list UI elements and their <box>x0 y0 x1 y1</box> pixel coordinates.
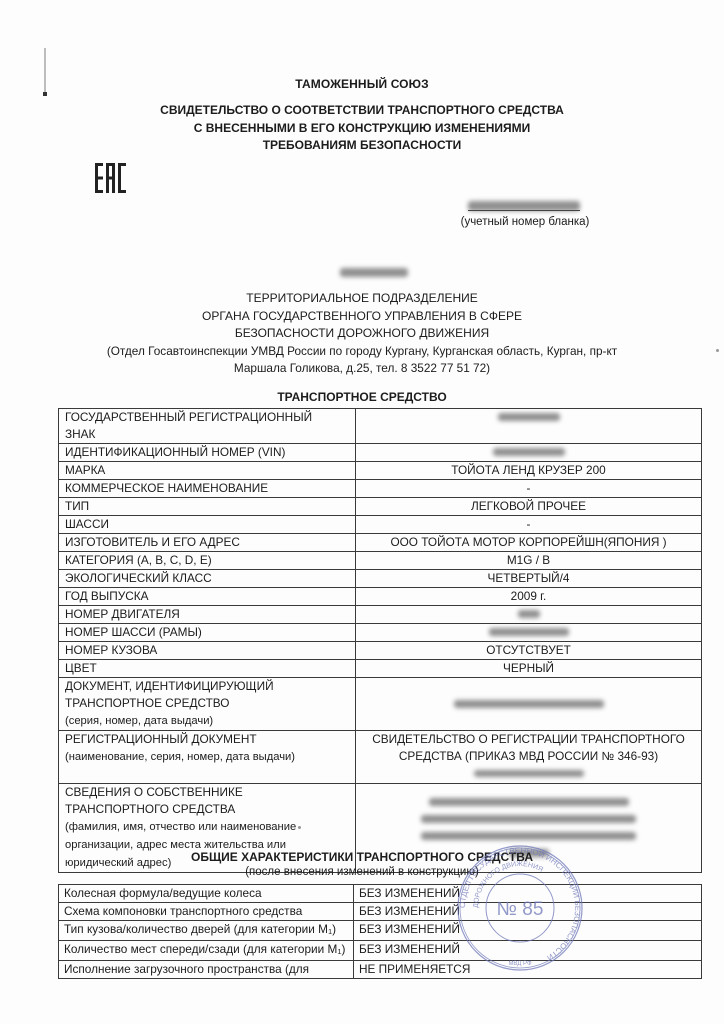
vehicle-row-identity-document: ДОКУМЕНТ, ИДЕНТИФИЦИРУЮЩИЙТРАНСПОРТНОЕ С… <box>59 678 702 731</box>
vehicle-field-label: РЕГИСТРАЦИОННЫЙ ДОКУМЕНТ(наименование, с… <box>59 731 356 784</box>
characteristic-value: БЕЗ ИЗМЕНЕНИЙ <box>354 903 702 921</box>
vehicle-field-value: 2009 г. <box>356 588 702 606</box>
vehicle-field-value <box>356 444 702 462</box>
vehicle-field-label: КОММЕРЧЕСКОЕ НАИМЕНОВАНИЕ <box>59 480 356 498</box>
vehicle-field-value <box>356 606 702 624</box>
vehicle-field-label: НОМЕР ШАССИ (РАМЫ) <box>59 624 356 642</box>
vehicle-field-label: КАТЕГОРИЯ (A, B, C, D, E) <box>59 552 356 570</box>
vehicle-row: НОМЕР ДВИГАТЕЛЯ <box>59 606 702 624</box>
vehicle-field-value: СВИДЕТЕЛЬСТВО О РЕГИСТРАЦИИ ТРАНСПОРТНОГ… <box>356 731 702 784</box>
vehicle-field-value <box>356 678 702 731</box>
redacted-value <box>498 413 560 421</box>
serial-number-redacted <box>340 264 408 273</box>
vehicle-field-value <box>356 624 702 642</box>
eac-logo-icon <box>95 163 127 193</box>
union-heading: ТАМОЖЕННЫЙ СОЮЗ <box>0 77 724 91</box>
vehicle-section-title: ТРАНСПОРТНОЕ СРЕДСТВО <box>0 390 724 404</box>
vehicle-field-value: ООО ТОЙОТА МОТОР КОРПОРЕЙШН(ЯПОНИЯ ) <box>356 534 702 552</box>
vehicle-field-label: ГОД ВЫПУСКА <box>59 588 356 606</box>
vehicle-field-label: ГОСУДАРСТВЕННЫЙ РЕГИСТРАЦИОННЫЙЗНАК <box>59 409 356 444</box>
characteristic-value: НЕ ПРИМЕНЯЕТСЯ <box>354 961 702 979</box>
vehicle-field-label: ШАССИ <box>59 516 356 534</box>
characteristics-row: Колесная формула/ведущие колесаБЕЗ ИЗМЕН… <box>59 885 702 903</box>
characteristic-value: БЕЗ ИЗМЕНЕНИЙ <box>354 941 702 961</box>
vehicle-row: ЦВЕТЧЕРНЫЙ <box>59 660 702 678</box>
characteristics-row: Исполнение загрузочного пространства (дл… <box>59 961 702 979</box>
certificate-title: СВИДЕТЕЛЬСТВО О СООТВЕТСТВИИ ТРАНСПОРТНО… <box>0 102 724 155</box>
redacted-value <box>454 700 604 708</box>
vehicle-field-value: ЧЕРНЫЙ <box>356 660 702 678</box>
field-note: (фамилия, имя, отчество или наименование <box>65 821 296 833</box>
vehicle-table: ГОСУДАРСТВЕННЫЙ РЕГИСТРАЦИОННЫЙЗНАКИДЕНТ… <box>58 408 702 873</box>
characteristics-row: Тип кузова/количество дверей (для катего… <box>59 921 702 941</box>
redacted-value <box>489 628 569 636</box>
vehicle-row-registration-document: РЕГИСТРАЦИОННЫЙ ДОКУМЕНТ(наименование, с… <box>59 731 702 784</box>
redacted-value <box>518 610 540 618</box>
redacted-value <box>429 798 629 806</box>
characteristic-label: Исполнение загрузочного пространства (дл… <box>59 961 354 979</box>
characteristic-label: Тип кузова/количество дверей (для катего… <box>59 921 354 941</box>
vehicle-row: КАТЕГОРИЯ (A, B, C, D, E)M1G / B <box>59 552 702 570</box>
blank-number-caption: (учетный номер бланка) <box>455 216 595 228</box>
vehicle-field-label: НОМЕР ДВИГАТЕЛЯ <box>59 606 356 624</box>
vehicle-field-label: ИДЕНТИФИКАЦИОННЫЙ НОМЕР (VIN) <box>59 444 356 462</box>
vehicle-row: ГОД ВЫПУСКА2009 г. <box>59 588 702 606</box>
characteristics-row: Схема компоновки транспортного средстваБ… <box>59 903 702 921</box>
redacted-value <box>421 815 636 823</box>
vehicle-row: КОММЕРЧЕСКОЕ НАИМЕНОВАНИЕ- <box>59 480 702 498</box>
characteristic-value: БЕЗ ИЗМЕНЕНИЙ <box>354 921 702 941</box>
vehicle-field-label: ЦВЕТ <box>59 660 356 678</box>
vehicle-row: НОМЕР КУЗОВАОТСУТСТВУЕТ <box>59 642 702 660</box>
vehicle-field-value: M1G / B <box>356 552 702 570</box>
vehicle-field-value: - <box>356 480 702 498</box>
characteristics-table: Колесная формула/ведущие колесаБЕЗ ИЗМЕН… <box>58 884 702 979</box>
redacted-value <box>493 448 565 456</box>
vehicle-field-label: МАРКА <box>59 462 356 480</box>
characteristics-subtitle: (после внесения изменений в конструкцию) <box>0 866 724 878</box>
vehicle-row: ЭКОЛОГИЧЕСКИЙ КЛАССЧЕТВЕРТЫЙ/4 <box>59 570 702 588</box>
vehicle-row: ШАССИ- <box>59 516 702 534</box>
vehicle-field-value: - <box>356 516 702 534</box>
vehicle-row: МАРКАТОЙОТА ЛЕНД КРУЗЕР 200 <box>59 462 702 480</box>
characteristic-label: Колесная формула/ведущие колеса <box>59 885 354 903</box>
vehicle-field-value: ЛЕГКОВОЙ ПРОЧЕЕ <box>356 498 702 516</box>
vehicle-field-label: ЭКОЛОГИЧЕСКИЙ КЛАСС <box>59 570 356 588</box>
vehicle-field-label: ТИП <box>59 498 356 516</box>
vehicle-field-value: ОТСУТСТВУЕТ <box>356 642 702 660</box>
characteristic-label: Количество мест спереди/сзади (для катег… <box>59 941 354 961</box>
certificate-page: ТАМОЖЕННЫЙ СОЮЗ СВИДЕТЕЛЬСТВО О СООТВЕТС… <box>0 0 724 1024</box>
characteristic-label: Схема компоновки транспортного средства <box>59 903 354 921</box>
vehicle-field-label: НОМЕР КУЗОВА <box>59 642 356 660</box>
vehicle-row: ГОСУДАРСТВЕННЫЙ РЕГИСТРАЦИОННЫЙЗНАК <box>59 409 702 444</box>
vehicle-field-value <box>356 409 702 444</box>
blank-number-redacted <box>464 198 584 210</box>
redacted-value <box>421 832 636 840</box>
redacted-value <box>474 770 584 777</box>
characteristics-row: Количество мест спереди/сзади (для катег… <box>59 941 702 961</box>
field-note: (наименование, серия, номер, дата выдачи… <box>65 751 295 763</box>
vehicle-row: НОМЕР ШАССИ (РАМЫ) <box>59 624 702 642</box>
vehicle-row: ИДЕНТИФИКАЦИОННЫЙ НОМЕР (VIN) <box>59 444 702 462</box>
vehicle-field-label: ДОКУМЕНТ, ИДЕНТИФИЦИРУЮЩИЙТРАНСПОРТНОЕ С… <box>59 678 356 731</box>
vehicle-field-value: ЧЕТВЕРТЫЙ/4 <box>356 570 702 588</box>
characteristics-title: ОБЩИЕ ХАРАКТЕРИСТИКИ ТРАНСПОРТНОГО СРЕДС… <box>0 850 724 864</box>
authority-block: ТЕРРИТОРИАЛЬНОЕ ПОДРАЗДЕЛЕНИЕ ОРГАНА ГОС… <box>0 290 724 378</box>
vehicle-row: ИЗГОТОВИТЕЛЬ И ЕГО АДРЕСООО ТОЙОТА МОТОР… <box>59 534 702 552</box>
field-note: (серия, номер, дата выдачи) <box>65 715 213 727</box>
vehicle-field-label: ИЗГОТОВИТЕЛЬ И ЕГО АДРЕС <box>59 534 356 552</box>
vehicle-row: ТИПЛЕГКОВОЙ ПРОЧЕЕ <box>59 498 702 516</box>
vehicle-field-value: ТОЙОТА ЛЕНД КРУЗЕР 200 <box>356 462 702 480</box>
characteristic-value: БЕЗ ИЗМЕНЕНИЙ <box>354 885 702 903</box>
